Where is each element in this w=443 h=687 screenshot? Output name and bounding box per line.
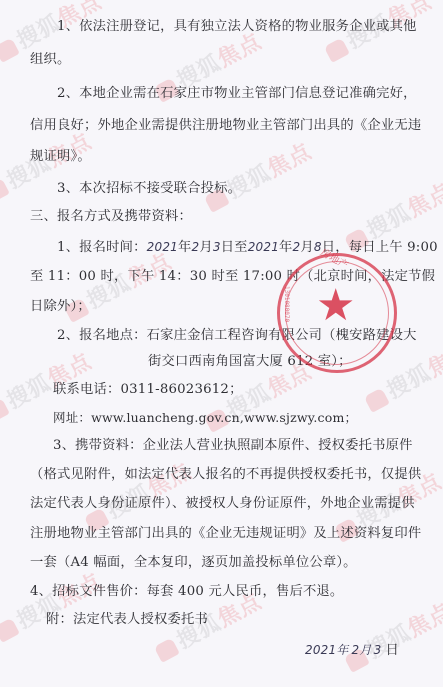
signature-date: 2021年2月3日 — [305, 641, 399, 660]
handwritten-day: 3 — [213, 240, 221, 254]
contact-phone: 联系电话：0311-86023612； — [53, 381, 243, 399]
handwritten-day: 3 — [374, 643, 382, 657]
attachment-note: 附：法定代表人授权委托书 — [46, 611, 208, 629]
handwritten-year: 2021 — [305, 643, 336, 657]
materials-cont-2: 法定代表人身份证原件）、被授权人身份证原件，外地企业需提供 — [30, 495, 415, 513]
section-heading-registration: 三、报名方式及携带资料： — [30, 208, 192, 226]
materials-end: 一套（A4 幅面，全本复印，逐页加盖投标单位公章）。 — [30, 554, 357, 572]
handwritten-year: 2021 — [147, 240, 178, 254]
requirement-3: 3、本次招标不接受联合投标。 — [57, 180, 241, 198]
handwritten-year: 2021 — [248, 240, 279, 254]
requirement-2-cont: 信用良好；外地企业需提供注册地物业主管部门出具的《企业无违 — [30, 117, 421, 135]
website: 网址：www.luancheng.gov.cn,www.sjzwy.com； — [53, 409, 357, 427]
scanned-document-page: 搜狐焦点 搜狐焦点 搜狐焦点 搜狐焦点 搜狐焦点 搜狐焦点 搜狐焦点 搜狐焦点 … — [0, 0, 443, 687]
seal-serial-number: 1301080070 — [283, 286, 290, 322]
materials-cont-3: 注册地物业主管部门出具的《企业无违规证明》及上述资料复印件 — [30, 525, 421, 543]
materials-cont-1: （格式见附件，如法定代表人报名的不再提供授权委托书，仅提供 — [30, 466, 421, 484]
materials: 3、携带资料：企业法人营业执照副本原件、授权委托书原件 — [53, 437, 413, 455]
registration-time: 1、报名时间：2021年2月3日至2021年2月8日，每日上午 9:00 时 — [57, 238, 443, 257]
requirement-1-cont: 组织。 — [30, 51, 71, 69]
document-price: 4、招标文件售价：每套 400 元人民币，售后不退。 — [30, 583, 343, 601]
requirement-2-end: 规证明》。 — [30, 148, 91, 166]
official-seal: 房地产 1301080070 ★ — [277, 253, 397, 373]
star-icon: ★ — [316, 284, 355, 328]
registration-time-end: 日除外）； — [30, 298, 91, 316]
requirement-1: 1、依法注册登记，具有独立法人资格的物业服务企业或其他 — [57, 18, 417, 36]
requirement-2: 2、本地企业需在石家庄市物业主管部门信息登记准确完好， — [57, 85, 417, 103]
